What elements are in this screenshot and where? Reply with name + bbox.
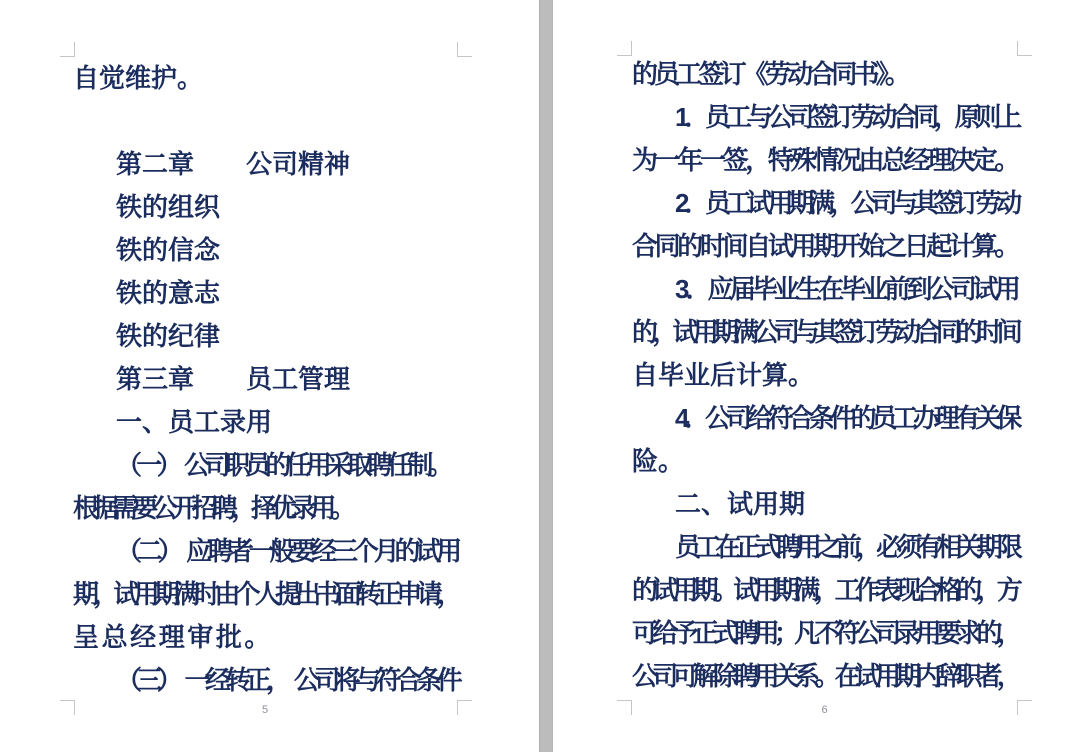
- page-number: 5: [73, 704, 457, 716]
- body-line[interactable]: 自毕业后计算。: [632, 354, 1017, 397]
- body-line[interactable]: 险。: [632, 440, 1017, 483]
- section-2-heading[interactable]: 二、试用期: [632, 483, 1017, 526]
- body-line[interactable]: 自觉维护。: [73, 57, 457, 100]
- body-line[interactable]: （三） 一经转正， 公司将与符合条件: [73, 659, 457, 702]
- page-number: 6: [632, 704, 1017, 716]
- margin-crop-mark: [1017, 41, 1032, 56]
- body-line[interactable]: 4．公司给符合条件的员工办理有关保: [632, 397, 1017, 440]
- spirit-item-will[interactable]: 铁的意志: [73, 272, 457, 315]
- section-1-heading[interactable]: 一、员工录用: [73, 401, 457, 444]
- body-line[interactable]: 公司可解除聘用关系。在试用期内辞职者，: [632, 655, 1017, 698]
- margin-crop-mark: [60, 42, 75, 57]
- body-line[interactable]: 的，试用期满公司与其签订劳动合同的时间: [632, 311, 1017, 354]
- spirit-item-organization[interactable]: 铁的组织: [73, 186, 457, 229]
- document-canvas: 自觉维护。 第二章 公司精神 铁的组织 铁的信念 铁的意志 铁的纪律 第三章 员…: [0, 0, 1084, 752]
- margin-crop-mark: [617, 41, 632, 56]
- body-line[interactable]: 2．员工试用期满，公司与其签订劳动: [632, 182, 1017, 225]
- margin-crop-mark: [457, 700, 472, 715]
- body-line[interactable]: （二） 应聘者一般要经三个月的试用: [73, 530, 457, 573]
- spirit-item-belief[interactable]: 铁的信念: [73, 229, 457, 272]
- body-line[interactable]: 3．应届毕业生在毕业前到公司试用: [632, 268, 1017, 311]
- page-gap-divider: [539, 0, 553, 752]
- body-line[interactable]: 1．员工与公司签订劳动合同，原则上: [632, 96, 1017, 139]
- page-right-text: 的员工签订《劳动合同书》。 1．员工与公司签订劳动合同，原则上 为一年一签，特殊…: [632, 53, 1017, 698]
- body-line[interactable]: 为一年一签，特殊情况由总经理决定。: [632, 139, 1017, 182]
- margin-crop-mark: [457, 42, 472, 57]
- body-line[interactable]: 的试用期。试用期满，工作表现合格的，方: [632, 569, 1017, 612]
- body-line[interactable]: 的员工签订《劳动合同书》。: [632, 53, 1017, 96]
- page-left-text: 自觉维护。 第二章 公司精神 铁的组织 铁的信念 铁的意志 铁的纪律 第三章 员…: [73, 57, 457, 702]
- chapter-2-heading[interactable]: 第二章 公司精神: [73, 143, 457, 186]
- spirit-item-discipline[interactable]: 铁的纪律: [73, 315, 457, 358]
- body-line[interactable]: （一） 公司职员的任用采取聘任制。: [73, 444, 457, 487]
- body-line[interactable]: 合同的时间自试用期开始之日起计算。: [632, 225, 1017, 268]
- body-line[interactable]: 呈总经理审批。: [73, 616, 457, 659]
- body-line[interactable]: 根据需要公开招聘，择优录用。: [73, 487, 457, 530]
- margin-crop-mark: [617, 700, 632, 715]
- margin-crop-mark: [1017, 700, 1032, 715]
- chapter-3-heading[interactable]: 第三章 员工管理: [73, 358, 457, 401]
- blank-line[interactable]: [73, 100, 457, 143]
- body-line[interactable]: 可给予正式聘用；凡不符公司录用要求的，: [632, 612, 1017, 655]
- body-line[interactable]: 期，试用期满时由个人提出书面转正申请，: [73, 573, 457, 616]
- body-line[interactable]: 员工在正式聘用之前，必须有相关期限: [632, 526, 1017, 569]
